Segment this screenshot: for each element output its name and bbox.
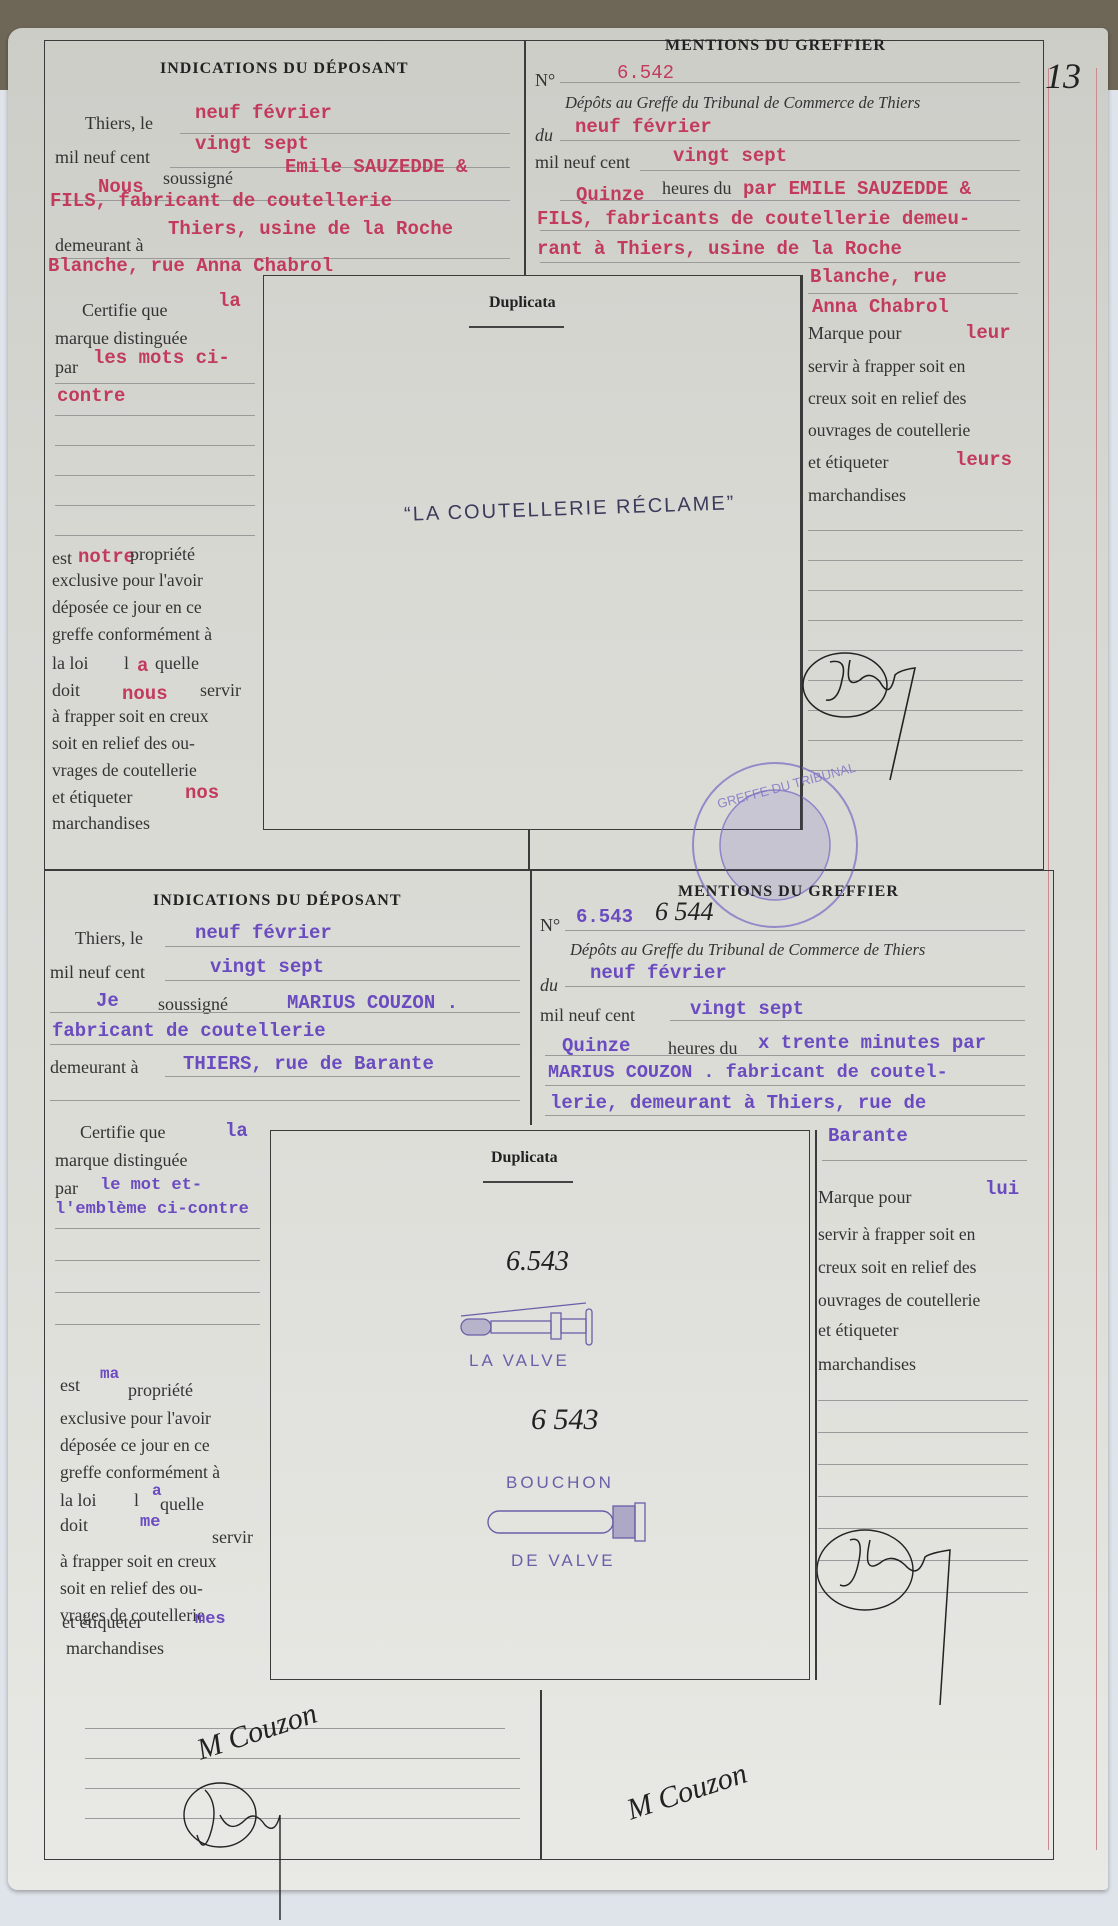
mark-label-de-valve: DE VALVE [511,1551,616,1571]
deposit-year: vingt sept [195,133,309,155]
duplicata-box: Duplicata “LA COUTELLERIE RÉCLAME” [263,275,803,830]
law-quelle: quelle [160,1494,204,1515]
tag-label: et étiqueter [52,787,132,808]
tag-label: et étiqueter [818,1320,898,1341]
property-label: propriété [130,544,195,565]
clerk-text: x trente minutes par [758,1032,986,1054]
mark-number-handwritten: 6 543 [531,1403,599,1437]
mark-label: marque distinguée [55,328,187,349]
certify-article: la [218,290,241,312]
deposit-year: vingt sept [673,145,787,167]
year-label: mil neuf cent [50,962,145,983]
law-label: la loi [52,653,89,674]
clerk-text: MARIUS COUZON . fabricant de coutel- [548,1062,948,1083]
column-divider [815,1130,817,1680]
fill-line [55,383,255,384]
tag-possessive: mes [195,1610,226,1629]
fill-line [55,1260,260,1261]
tag-possessive: leurs [955,449,1012,471]
fill-line [818,1496,1028,1497]
duplicata-box: Duplicata 6.543 LA VALVE 6 543 BOUCHON D… [270,1130,810,1680]
valve-cap-emblem [486,1501,666,1546]
clerk-text: Barante [828,1125,908,1147]
mark-label: marque distinguée [55,1150,187,1171]
column-divider [800,275,802,830]
year-label: mil neuf cent [55,147,150,168]
deposit-label: Dépôts au Greffe du Tribunal de Commerce… [565,93,920,113]
residing-label: demeurant à [50,1057,138,1078]
doit-label: doit [60,1515,88,1536]
clerk-signature [810,1515,1000,1705]
goods-label: marchandises [818,1354,916,1375]
servir-label: servir [200,680,241,701]
du-label: du [535,125,553,146]
fill-line [540,230,1020,231]
depositor-address-cont: Blanche, rue Anna Chabrol [48,255,333,277]
fill-line [560,140,1020,141]
number-label: N° [535,70,555,91]
mark-number-handwritten: 6.543 [506,1246,569,1278]
deposit-year: vingt sept [690,998,804,1020]
year-label: mil neuf cent [535,152,630,173]
clerk-text: par EMILE SAUZEDDE & [743,178,971,200]
possessive: ma [100,1365,119,1383]
law-a: a [137,655,148,677]
depositor-name-cont: fabricant de coutellerie [52,1020,326,1042]
law-l: l [124,653,129,674]
deposit-date: neuf février [590,962,727,984]
clerk-signature [175,1775,305,1925]
mark-for: leur [965,322,1011,344]
residing-label: demeurant à [55,235,143,256]
depositor-address: THIERS, rue de Barante [183,1053,434,1075]
mark-description: les mots ci- [93,347,230,369]
depositor-address: Thiers, usine de la Roche [168,218,453,240]
mark-label-la-valve: LA VALVE [469,1351,570,1371]
goods-label: marchandises [808,485,906,506]
title-underline [483,1181,573,1183]
fill-line [670,1020,1025,1021]
certify-article: la [225,1120,248,1142]
fill-line [818,1464,1028,1465]
fill-line [822,1160,1027,1161]
certification-text: exclusive pour l'avoir déposée ce jour e… [60,1405,270,1486]
fill-line [55,1292,260,1293]
mark-description: le mot et- [100,1176,202,1195]
fill-line [55,475,255,476]
place-label: Thiers, le [75,928,143,949]
deposit-number: 6.543 [576,906,633,928]
deposit-date: neuf février [575,116,712,138]
tag-possessive: nos [185,782,219,804]
fill-line [165,980,520,981]
fill-line [560,200,1020,201]
fill-line [165,946,520,947]
fill-line [808,620,1023,621]
deposit-number: 6.542 [617,62,674,84]
est-label: est [52,548,72,569]
clerk-mark-text: servir à frapper soit en creux soit en r… [808,350,1038,446]
trademark-stamp: “LA COUTELLERIE RÉCLAME” [404,492,736,527]
certify-label: Certifie que [82,300,167,321]
fill-line [808,530,1023,531]
fill-line [165,1076,520,1077]
certification-text-cont: à frapper soit en creux soit en relief d… [52,703,257,784]
fill-line [545,1055,1025,1056]
title-underline [469,326,564,328]
servir-label: servir [212,1527,253,1548]
depositor-name: Emile SAUZEDDE & [285,156,467,178]
fill-line [55,415,255,416]
deposit-hour: Quinze [576,184,644,206]
tag-label: et étiqueter [62,1612,142,1633]
fill-line [818,1432,1028,1433]
clerk-text: rant à Thiers, usine de la Roche [537,238,902,260]
depositor-name-cont: FILS, fabricant de coutellerie [50,190,392,212]
fill-line [55,505,255,506]
du-label: du [540,975,558,996]
clerk-mark-text: servir à frapper soit en creux soit en r… [818,1218,1048,1317]
doit-label: doit [52,680,80,701]
fill-line [545,1085,1025,1086]
by-label: par [55,357,78,378]
fill-line [55,445,255,446]
valve-emblem [456,1291,606,1346]
mark-description-cont: contre [57,385,125,407]
fill-line [55,535,255,536]
deposit-label: Dépôts au Greffe du Tribunal de Commerce… [570,940,925,960]
by-label: par [55,1178,78,1199]
tag-label: et étiqueter [808,452,888,473]
clerk-text: FILS, fabricants de coutellerie demeu- [537,208,970,230]
goods-label: marchandises [52,813,150,834]
fill-line [545,1115,1025,1116]
mark-for-label: Marque pour [818,1187,911,1208]
depositor-name: MARIUS COUZON . [287,992,458,1014]
signed-label: soussigné [163,168,233,189]
fill-line [808,590,1023,591]
section-header: INDICATIONS DU DÉPOSANT [153,892,402,910]
law-label: la loi [60,1490,97,1511]
fill-line [50,1044,520,1045]
certification-text: exclusive pour l'avoir déposée ce jour e… [52,567,257,648]
folio-number: 13 [1045,55,1081,97]
law-quelle: quelle [155,653,199,674]
fill-line [55,1228,260,1229]
fill-line [560,82,1020,83]
fill-line [565,930,1025,931]
pronoun: Je [96,990,119,1012]
deposit-number-handwritten: 6 544 [655,897,714,927]
clerk-text: Blanche, rue [810,266,947,288]
number-label: N° [540,915,560,936]
margin-rule [1096,68,1097,1850]
deposit-year: vingt sept [210,956,324,978]
section-header: MENTIONS DU GREFFIER [665,37,886,55]
fill-line [85,1758,520,1759]
goods-label: marchandises [66,1638,164,1659]
clerk-text: lerie, demeurant à Thiers, rue de [550,1092,926,1114]
column-divider [530,870,532,1125]
deposit-hour: Quinze [562,1035,630,1057]
fill-line [540,262,1020,263]
year-label: mil neuf cent [540,1005,635,1026]
deposit-date: neuf février [195,922,332,944]
duplicata-title: Duplicata [489,294,556,312]
fill-line [565,986,1025,987]
certify-label: Certifie que [80,1122,165,1143]
fill-line [50,1012,520,1013]
possessive: notre [78,546,135,568]
place-label: Thiers, le [85,113,153,134]
doit-pronoun: nous [122,683,168,705]
fill-line [808,560,1023,561]
fill-line [818,1400,1028,1401]
est-label: est [60,1375,80,1396]
mark-label-bouchon: BOUCHON [506,1473,614,1493]
deposit-date: neuf février [195,102,332,124]
mark-for-label: Marque pour [808,323,901,344]
column-divider [524,40,526,275]
duplicata-title: Duplicata [491,1149,558,1167]
fill-line [640,170,1020,171]
mark-for: lui [985,1178,1019,1200]
law-l: l [134,1490,139,1511]
fill-line [50,1100,520,1101]
fill-line [55,1324,260,1325]
mark-description-cont: l'emblème ci-contre [55,1200,249,1219]
column-divider [528,830,530,870]
doit-pronoun: me [140,1513,160,1532]
fill-line [808,293,1018,294]
column-divider [540,1690,542,1860]
hours-label: heures du [662,178,731,199]
property-label: propriété [128,1380,193,1401]
clerk-text: Anna Chabrol [812,296,949,318]
section-header: INDICATIONS DU DÉPOSANT [160,60,409,78]
